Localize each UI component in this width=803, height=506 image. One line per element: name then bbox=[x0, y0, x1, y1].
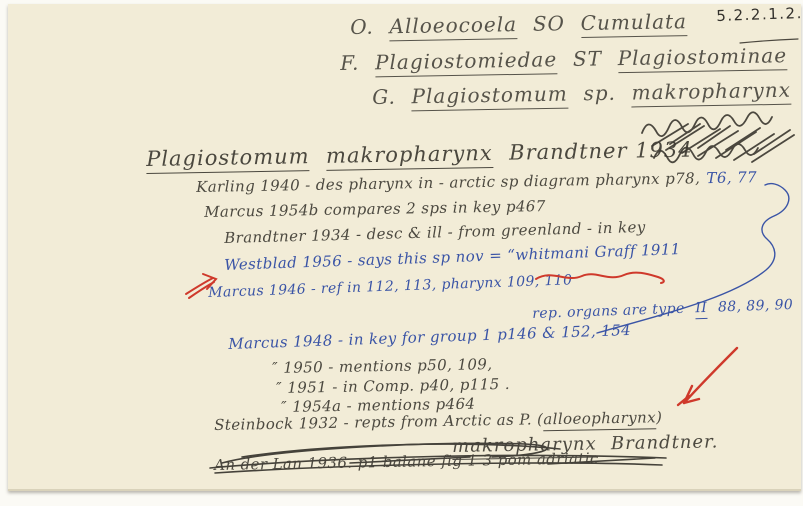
entry-marcus-1951: ″ 1951 - in Comp. p40, p115 . bbox=[276, 376, 510, 397]
classification-order-line: O. Alloeocoela SO Cumulata bbox=[350, 10, 687, 38]
entry-marcus-1950: ″ 1950 - mentions p50, 109, bbox=[272, 356, 493, 376]
classification-genus-line: G. Plagiostomum sp. makropharynx bbox=[372, 79, 791, 108]
scanned-index-card-page: 5.2.2.1.2.4 O. Alloeocoela SO Cumulata F… bbox=[0, 0, 803, 506]
catalog-code: 5.2.2.1.2.4 bbox=[716, 5, 803, 25]
